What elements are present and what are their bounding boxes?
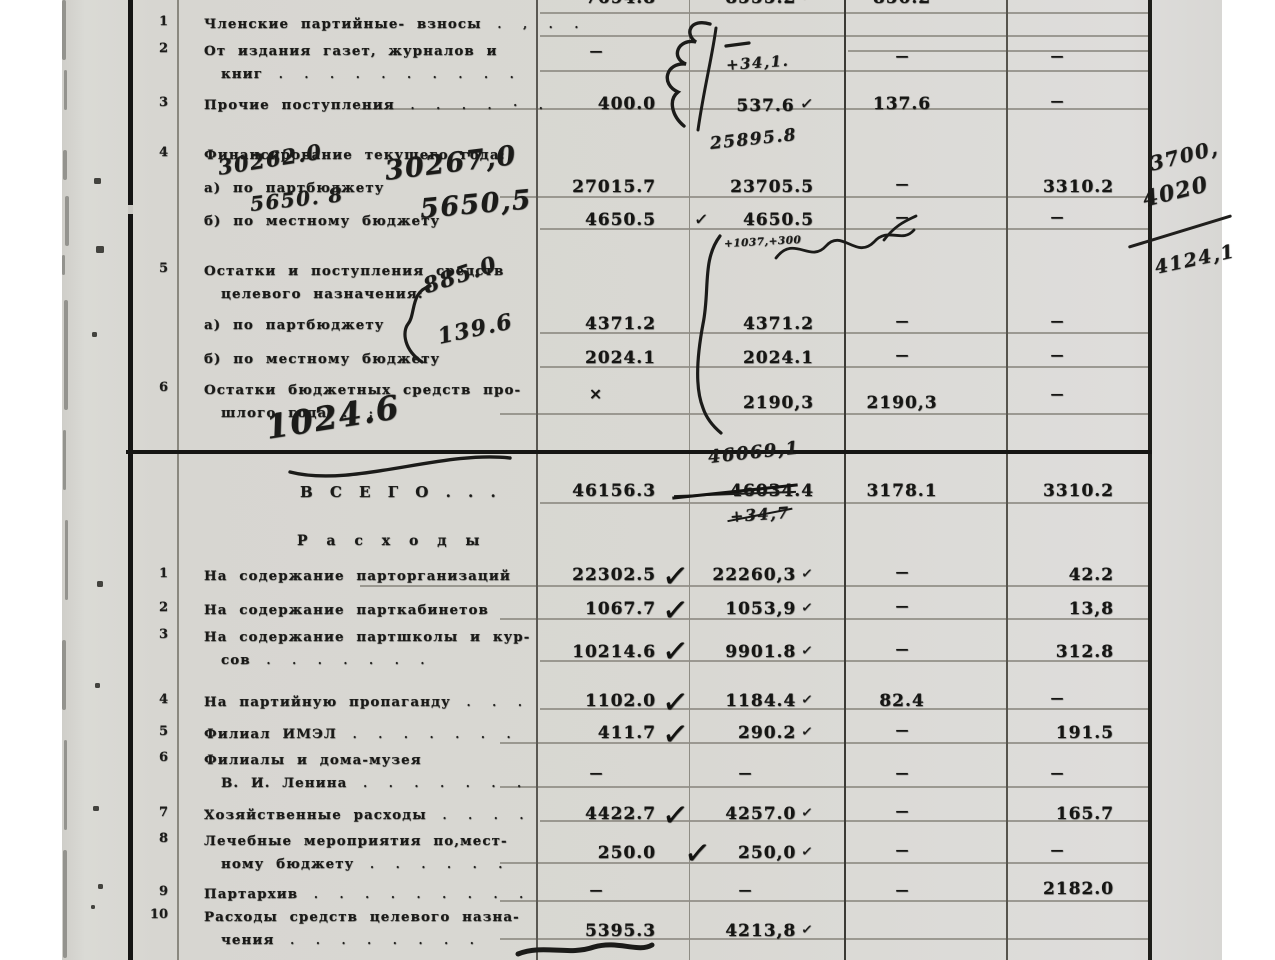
value-c1: 46156.3	[536, 481, 656, 501]
leader-dots: . , . .	[482, 18, 585, 31]
value-c1: —	[536, 766, 656, 781]
value-c1: 27015.7	[536, 177, 656, 197]
checkmark-icon: ✓	[800, 599, 814, 616]
value-c2: 8555.2✓	[676, 0, 814, 8]
row-number: 2	[128, 41, 168, 56]
value-c1: 1067.7	[536, 599, 656, 619]
row-number: 2	[128, 600, 168, 615]
value-c3: —	[846, 348, 958, 363]
value-c3: —	[846, 723, 958, 738]
value-c3: —	[846, 599, 958, 614]
row-number: 7	[128, 805, 168, 820]
page-edge-streak	[65, 196, 69, 246]
scan-speck	[97, 581, 103, 587]
row-label: Остатки и поступления средствцелевого на…	[204, 260, 552, 306]
row-number: 9	[128, 884, 168, 899]
row-label: Прочие поступления . . . . · .	[204, 94, 552, 117]
handwritten-squiggle	[646, 18, 756, 138]
leader-dots: . . . .	[427, 809, 530, 822]
leader-dots: . . . . . . .	[337, 728, 517, 741]
row-label: От издания газет, журналов икниг . . . .…	[204, 40, 552, 86]
value-c3: 82.4	[846, 691, 958, 711]
value-c3: 850.2	[846, 0, 958, 8]
value-c2: 22260,3✓	[676, 565, 814, 585]
checkmark-icon: ✓	[660, 631, 690, 671]
value-c3: —	[846, 177, 958, 192]
checkmark-icon: ✓	[660, 795, 690, 835]
checkmark-icon: ✓	[682, 833, 712, 873]
value-c3: —	[846, 314, 958, 329]
row-number: 8	[128, 831, 168, 846]
scan-speck	[94, 178, 101, 184]
checkmark-icon: ✓	[800, 804, 814, 821]
row-label: На содержание партшколы и кур-сов . . . …	[204, 626, 552, 672]
value-c1: 5395.3	[536, 921, 656, 941]
row-number: 3	[128, 95, 168, 110]
value-c3: —	[846, 49, 958, 64]
value-c4: 191.5	[1000, 723, 1114, 743]
value-c4: 3310.2	[1000, 481, 1114, 501]
scan-speck	[95, 683, 100, 688]
checkmark-icon: ✓	[800, 565, 814, 582]
value-c2: 1184.4✓	[676, 691, 814, 711]
value-c4: —	[1000, 49, 1114, 64]
leader-dots: . . . . . . .	[251, 654, 431, 667]
value-c4: 42.2	[1000, 565, 1114, 585]
value-c1: 250.0	[536, 843, 656, 863]
row-label: Партархив . . . . . . . . .	[204, 883, 552, 906]
value-c1: 7694.8	[536, 0, 656, 8]
checkmark-icon: ✓	[800, 0, 814, 6]
row-label: На содержание парторганизаций	[204, 565, 552, 588]
value-c1: 22302.5	[536, 565, 656, 585]
page-edge-streak	[63, 150, 67, 180]
scan-speck	[93, 806, 99, 811]
value-c1: 411.7	[536, 723, 656, 743]
scan-speck	[92, 332, 97, 337]
value-c3: —	[846, 883, 958, 898]
value-c4: 2182.0	[1000, 879, 1114, 899]
value-c4: 3310.2	[1000, 177, 1114, 197]
value-c4: —	[1000, 210, 1114, 225]
leader-dots: . . . . . . . . . .	[263, 68, 520, 81]
row-number: 5	[128, 724, 168, 739]
value-c2: 4213,8✓	[676, 921, 814, 941]
checkmark-icon: ✓	[660, 714, 690, 754]
value-c3: —	[846, 766, 958, 781]
table-hline	[500, 900, 1148, 902]
checkmark-icon: ✓	[800, 642, 814, 659]
page-edge-streak	[62, 0, 66, 60]
handwritten-scrawl	[766, 214, 921, 276]
scan-speck	[96, 246, 104, 253]
row-number: 1	[128, 14, 168, 29]
table-hline	[500, 786, 1148, 788]
table-hline	[500, 413, 1148, 415]
value-c1: —	[536, 44, 656, 59]
checkmark-icon: ✓	[693, 209, 709, 230]
value-c4: —	[1000, 387, 1114, 402]
handwritten-brace-icon	[392, 280, 436, 370]
total-separator-rule	[126, 450, 1152, 454]
value-c1: 10214.6	[536, 642, 656, 662]
row-number: 1	[128, 566, 168, 581]
value-c3: 2190,3	[846, 393, 958, 413]
page-edge-streak	[62, 640, 66, 710]
checkmark-icon: ✓	[660, 590, 690, 630]
scan-artifact	[128, 205, 133, 214]
checkmark-icon: ✓	[800, 691, 814, 708]
table-vline	[177, 0, 179, 960]
scan-speck	[98, 884, 103, 889]
value-c2: 290.2✓	[676, 723, 814, 743]
value-c1: 4371.2	[536, 314, 656, 334]
value-c3: —	[846, 565, 958, 580]
value-c1: ×	[536, 384, 656, 403]
row-label: На содержание парткабинетов	[204, 599, 552, 622]
value-c2: 46034.4	[676, 481, 814, 501]
row-number: 3	[128, 627, 168, 642]
value-c1: 2024.1	[536, 348, 656, 368]
page-edge-streak	[64, 70, 67, 110]
value-c2: 9901.8✓	[676, 642, 814, 662]
row-number: 4	[128, 692, 168, 707]
value-c4: 312.8	[1000, 642, 1114, 662]
checkmark-icon: ✓	[800, 723, 814, 740]
value-c1: 400.0	[536, 94, 656, 114]
page-edge-streak	[63, 850, 67, 958]
page-edge-streak	[64, 740, 67, 830]
page-edge-streak	[64, 300, 68, 410]
value-c4: —	[1000, 94, 1114, 109]
row-number: 5	[128, 261, 168, 276]
leader-dots: . . . . . .	[354, 858, 508, 871]
row-label: Филиалы и дома-музеяВ. И. Ленина . . . .…	[204, 749, 552, 795]
page-edge-streak	[62, 255, 65, 275]
row-number: 6	[128, 380, 168, 395]
value-c1: 4650.5	[536, 210, 656, 230]
row-label: На партийную пропаганду . . .	[204, 691, 552, 714]
handwritten-brace-icon	[690, 232, 724, 438]
page-edge-streak	[63, 430, 66, 490]
value-c3: —	[846, 804, 958, 819]
page-edge-streak	[65, 520, 68, 600]
leader-dots: . . . . . . . .	[274, 934, 479, 947]
value-c1: —	[536, 883, 656, 898]
value-c2: 4257.0✓	[676, 804, 814, 824]
scanned-document-page: 7694.88555.2✓850.21Членские партийные- в…	[0, 0, 1275, 960]
row-label: б) по местному бюджету	[204, 348, 552, 371]
leader-dots: . . . . . . .	[347, 777, 527, 790]
value-c1: 1102.0	[536, 691, 656, 711]
value-c1: 4422.7	[536, 804, 656, 824]
row-label: Расходы средств целевого назна-чения . .…	[204, 906, 552, 952]
value-c4: —	[1000, 691, 1114, 706]
value-c3: —	[846, 642, 958, 657]
value-c3: —	[846, 843, 958, 858]
row-label: Лечебные мероприятия по,мест-ному бюджет…	[204, 830, 552, 876]
row-label: Филиал ИМЭЛ . . . . . . .	[204, 723, 552, 746]
value-c4: 13,8	[1000, 599, 1114, 619]
row-label: Р а с х о д ы	[297, 530, 537, 553]
value-c4: —	[1000, 766, 1114, 781]
leader-dots: . . . . . . . . .	[298, 888, 529, 901]
value-c4: 165.7	[1000, 804, 1114, 824]
row-label: Хозяйственные расходы . . . .	[204, 804, 552, 827]
value-c2: 23705.5	[676, 177, 814, 197]
handwriting-cutoff-fragment	[510, 940, 660, 960]
value-c3: 137.6	[846, 94, 958, 114]
checkmark-icon: ✓	[799, 93, 815, 113]
checkmark-icon: ✓	[800, 921, 814, 938]
value-c4: —	[1000, 843, 1114, 858]
value-c3: 3178.1	[846, 481, 958, 501]
value-c2: —	[676, 766, 814, 781]
row-number: 4	[128, 145, 168, 160]
row-label: Членские партийные- взносы . , . .	[204, 13, 552, 36]
row-number: 6	[128, 750, 168, 765]
value-c2: —	[676, 883, 814, 898]
scan-speck	[91, 905, 95, 909]
checkmark-icon: ✓	[800, 843, 814, 860]
table-vline	[1148, 0, 1152, 960]
row-number: 10	[128, 907, 168, 922]
value-c4: —	[1000, 348, 1114, 363]
value-c2: 1053,9✓	[676, 599, 814, 619]
leader-dots: . . . . · .	[395, 99, 549, 112]
value-c4: —	[1000, 314, 1114, 329]
handwritten-flourish	[282, 444, 517, 488]
leader-dots: . . .	[451, 696, 528, 709]
